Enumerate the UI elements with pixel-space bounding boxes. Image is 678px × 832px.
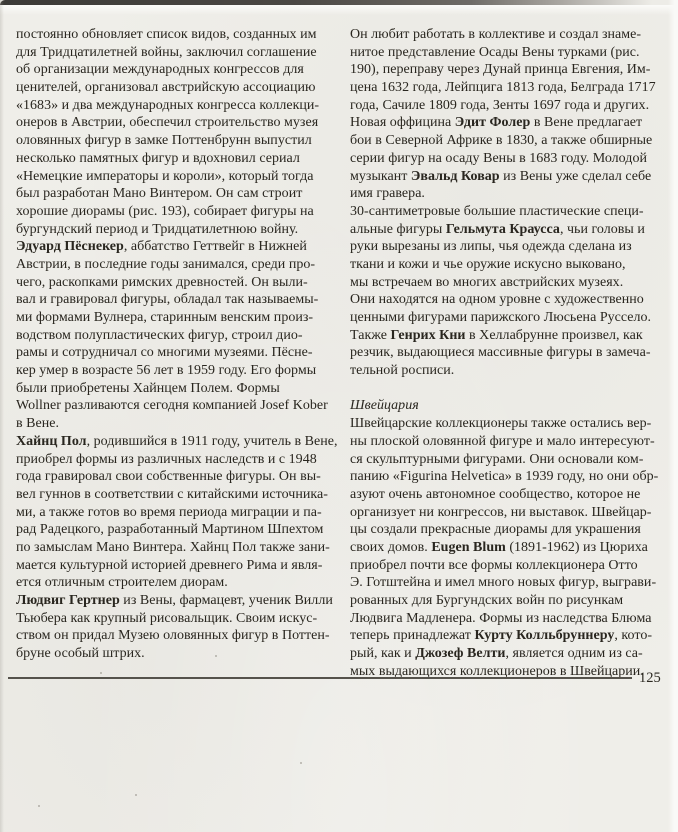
text-line: ми формами Вулнера, старинным венским пр… xyxy=(16,309,346,327)
text-line: оловянных фигур в замке Поттенбрунн выпу… xyxy=(16,132,346,150)
text-line: теперь принадлежат Курту Колльбруннеру, … xyxy=(350,627,672,645)
text-line: по замыслам Мано Винтера. Хайнц Пол такж… xyxy=(16,539,346,557)
text-line: ся скульптурными фигурами. Они основали … xyxy=(350,451,672,469)
text-line: ми, а также готов во время периода мигра… xyxy=(16,504,346,522)
scan-speck xyxy=(100,672,102,674)
text-line: Людвиг Гертнер из Вены, фармацевт, учени… xyxy=(16,592,346,610)
scan-speck xyxy=(135,794,137,796)
text-line: Австрии, в последние годы занимался, сре… xyxy=(16,256,346,274)
text-line: рамы и сотрудничал со многими музеями. П… xyxy=(16,344,346,362)
text-line: бруне особый штрих. xyxy=(16,645,346,663)
text-line: для Тридцатилетней войны, заключил согла… xyxy=(16,44,346,62)
text-line: серии фигур на осаду Вены в 1683 году. М… xyxy=(350,150,672,168)
text-line: рад Радецкого, разработанный Мартином Шп… xyxy=(16,521,346,539)
text-line: в Вене. xyxy=(16,415,346,433)
text-line: ценными фигурами парижского Люсьена Русс… xyxy=(350,309,672,327)
text-line: панию «Figurina Helvetica» в 1939 году, … xyxy=(350,468,672,486)
text-line: имя гравера. xyxy=(350,185,672,203)
text-line: приобрел формы из различных наследств и … xyxy=(16,451,346,469)
text-line: был разработан Мано Винтером. Он сам стр… xyxy=(16,185,346,203)
text-line: Людвига Мадленера. Формы из наследства Б… xyxy=(350,610,672,628)
text-line: Также Генрих Кни в Хеллабрунне произвел,… xyxy=(350,327,672,345)
text-line: водством полупластических фигур, строил … xyxy=(16,327,346,345)
text-line: вел гуннов в соответствии с китайскими и… xyxy=(16,486,346,504)
text-line: Тьюбера как крупный рисовальщик. Своим и… xyxy=(16,610,346,628)
text-line: альные фигуры Гельмута Краусса, чьи голо… xyxy=(350,221,672,239)
text-line: ткани и кожи и чье оружие искусно выкова… xyxy=(350,256,672,274)
text-line: бои в Северной Африке в 1830, а также об… xyxy=(350,132,672,150)
text-line: своих домов. Eugen Blum (1891-1962) из Ц… xyxy=(350,539,672,557)
text-line: чего, раскопками римских древностей. Он … xyxy=(16,274,346,292)
text-line: года гравировал свои собственные фигуры.… xyxy=(16,468,346,486)
text-line: мы встречаем во многих австрийских музея… xyxy=(350,274,672,292)
text-line: руки вырезаны из липы, чья одежда сделан… xyxy=(350,238,672,256)
text-line: «1683» и два международных конгресса кол… xyxy=(16,97,346,115)
text-line: Швейцария xyxy=(350,397,672,415)
text-line: 190), переправу через Дунай принца Евген… xyxy=(350,61,672,79)
text-line: об организации международных конгрессов … xyxy=(16,61,346,79)
text-line: ется отличным строителем диорам. xyxy=(16,574,346,592)
text-line: онеров в Австрии, обеспечил строительств… xyxy=(16,114,346,132)
text-line: тельной росписи. xyxy=(350,362,672,380)
text-line: Швейцарские коллекционеры также остались… xyxy=(350,415,672,433)
scan-speck xyxy=(215,655,217,657)
text-line: Wollner разливаются сегодня компанией Jo… xyxy=(16,397,346,415)
text-line: цы создали прекрасные диорамы для украше… xyxy=(350,521,672,539)
text-line: рованных для Бургундских войн по рисунка… xyxy=(350,592,672,610)
scan-glare-top xyxy=(0,5,678,15)
text-line: Эдуард Пёснекер, аббатство Геттвейг в Ни… xyxy=(16,238,346,256)
text-line: цена 1632 года, Лейпцига 1813 года, Белг… xyxy=(350,79,672,97)
text-line: ценителей, организовал австрийскую ассоц… xyxy=(16,79,346,97)
text-line: Хайнц Пол, родившийся в 1911 году, учите… xyxy=(16,433,346,451)
text-line: были приобретены Хайнцем Полем. Формы xyxy=(16,380,346,398)
text-line: ством он придал Музею оловянных фигур в … xyxy=(16,627,346,645)
scanned-book-page: постоянно обновляет список видов, создан… xyxy=(0,0,678,832)
text-line: постоянно обновляет список видов, создан… xyxy=(16,26,346,44)
text-line: азуют очень автономное сообщество, котор… xyxy=(350,486,672,504)
text-line: года, Сачиле 1809 года, Зенты 1697 года … xyxy=(350,97,672,115)
text-line: несколько памятных фигур и вдохновил сер… xyxy=(16,150,346,168)
page-number: 125 xyxy=(639,670,661,687)
text-line: мается культурной историей древнего Рима… xyxy=(16,557,346,575)
text-line: резчик, выдающиеся массивные фигуры в за… xyxy=(350,344,672,362)
text-line: нитое представление Осады Вены турками (… xyxy=(350,44,672,62)
text-line: Они находятся на одном уровне с художест… xyxy=(350,291,672,309)
text-line: Он любит работать в коллективе и создал … xyxy=(350,26,672,44)
text-line: приобрел почти все формы коллекционера О… xyxy=(350,557,672,575)
text-line: бургундский период и Тридцатилетнюю войн… xyxy=(16,221,346,239)
scan-speck xyxy=(38,805,40,807)
text-column-right: Он любит работать в коллективе и создал … xyxy=(350,26,672,680)
text-line: ны плоской оловянной фигуре и мало интер… xyxy=(350,433,672,451)
scan-speck xyxy=(300,762,302,764)
text-line: кер умер в возрасте 56 лет в 1959 году. … xyxy=(16,362,346,380)
text-line: «Немецкие императоры и короли», который … xyxy=(16,168,346,186)
footer-rule xyxy=(8,677,632,679)
line-spacer xyxy=(350,380,672,398)
text-line: Э. Готштейна и имел много новых фигур, в… xyxy=(350,574,672,592)
text-line: вал и гравировал фигуры, обладал так наз… xyxy=(16,291,346,309)
text-column-left: постоянно обновляет список видов, создан… xyxy=(16,26,346,663)
scan-edge-left xyxy=(0,0,4,832)
text-line: музыкант Эвальд Ковар из Вены уже сделал… xyxy=(350,168,672,186)
text-line: Новая оффицина Эдит Фолер в Вене предлаг… xyxy=(350,114,672,132)
text-line: рый, как и Джозеф Велти, является одним … xyxy=(350,645,672,663)
text-line: хорошие диорамы (рис. 193), собирает фиг… xyxy=(16,203,346,221)
text-line: организует ни конгрессов, ни выставок. Ш… xyxy=(350,504,672,522)
text-line: 30-сантиметровые большие пластические сп… xyxy=(350,203,672,221)
